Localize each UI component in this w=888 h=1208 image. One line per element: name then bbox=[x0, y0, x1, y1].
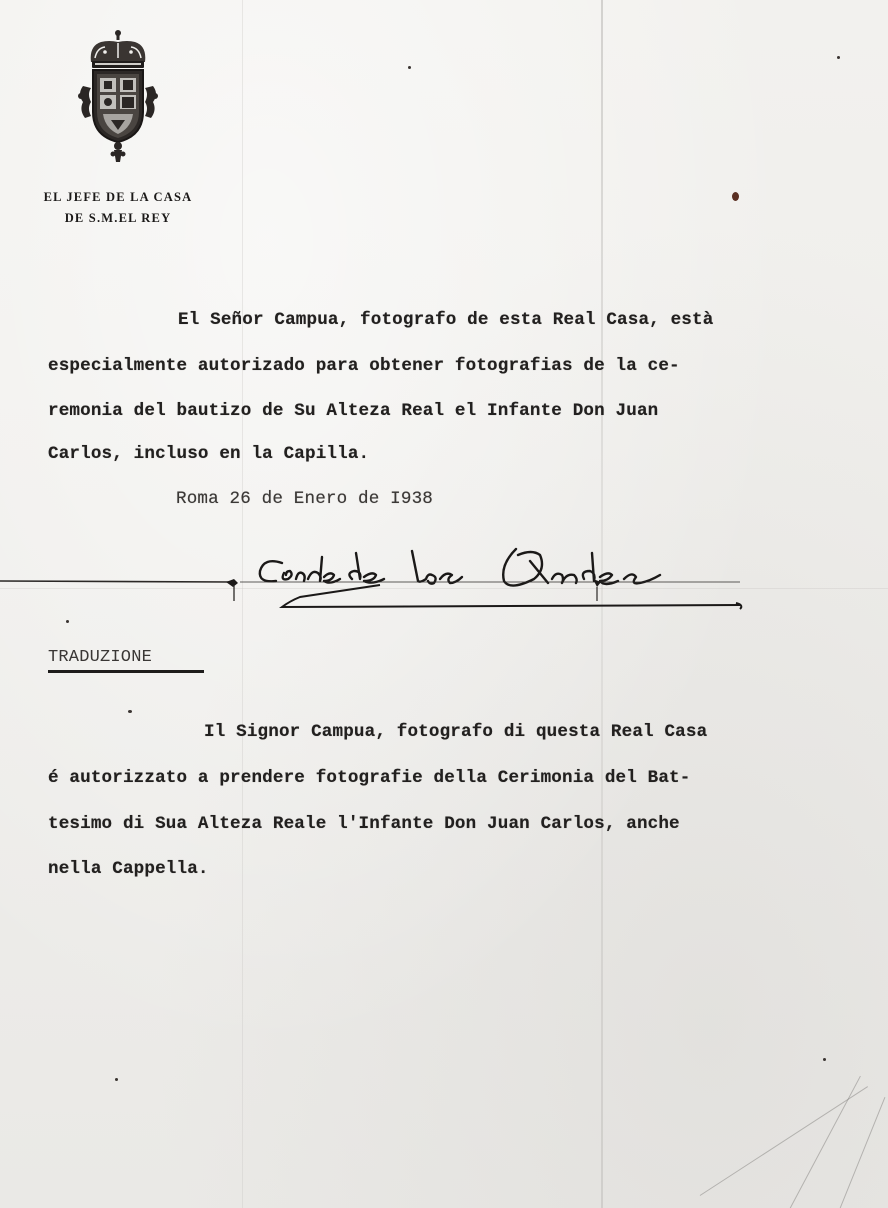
handwritten-signature bbox=[0, 535, 888, 625]
italian-line-1: Il Signor Campua, fotografo di questa Re… bbox=[204, 722, 707, 742]
ink-speck bbox=[823, 1058, 826, 1061]
ink-speck bbox=[115, 1078, 118, 1081]
italian-line-2: é autorizzato a prendere fotografie dell… bbox=[48, 768, 690, 788]
spanish-line-2: especialmente autorizado para obtener fo… bbox=[48, 356, 680, 376]
ink-speck bbox=[128, 710, 132, 713]
italian-line-4: nella Cappella. bbox=[48, 859, 209, 879]
date-line: Roma 26 de Enero de I938 bbox=[176, 489, 433, 509]
italian-line-3: tesimo di Sua Alteza Reale l'Infante Don… bbox=[48, 814, 680, 834]
royal-coat-of-arms-icon bbox=[75, 28, 161, 164]
spanish-line-4: Carlos, incluso en la Capilla. bbox=[48, 444, 369, 464]
letterhead-line-1: EL JEFE DE LA CASA bbox=[10, 187, 226, 208]
italian-body: Il Signor Campua, fotografo di questa Re… bbox=[0, 0, 21, 100]
paper-crease bbox=[840, 1097, 886, 1208]
spanish-line-3: remonia del bautizo de Su Alteza Real el… bbox=[48, 401, 658, 421]
spanish-line-1: El Señor Campua, fotografo de esta Real … bbox=[178, 310, 713, 330]
ink-speck bbox=[408, 66, 411, 69]
paper-crease bbox=[790, 1076, 861, 1208]
ink-speck bbox=[732, 192, 739, 201]
translation-heading: TRADUZIONE bbox=[48, 648, 204, 673]
paper-crease bbox=[700, 1086, 868, 1196]
ink-speck bbox=[837, 56, 840, 59]
letterhead: EL JEFE DE LA CASA DE S.M.EL REY bbox=[10, 187, 226, 229]
letterhead-line-2: DE S.M.EL REY bbox=[10, 208, 226, 229]
